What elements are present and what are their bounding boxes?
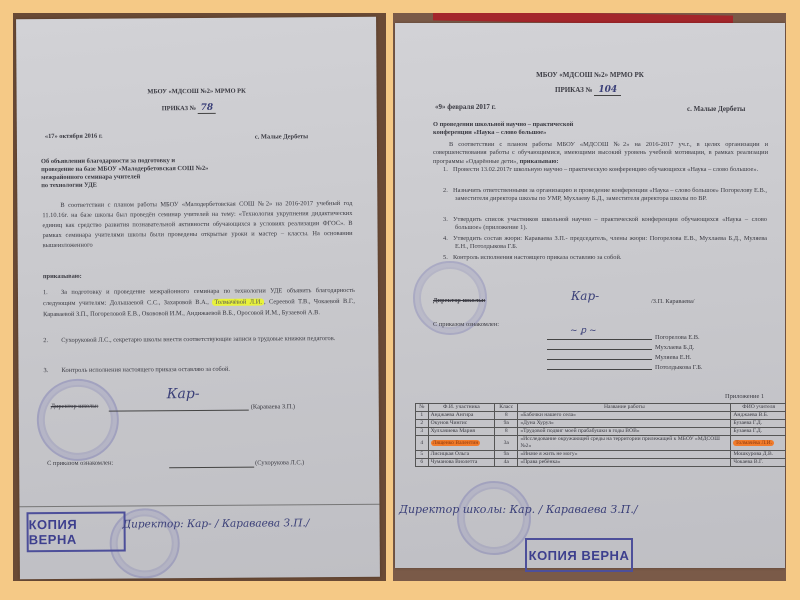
column-header: Название работы [518, 404, 731, 412]
column-header: № [416, 404, 429, 412]
left-acquainted-label: С приказом ознакомлен: [47, 460, 113, 469]
right-director-name: /З.П. Караваева/ [651, 298, 695, 306]
order-number: 78 [198, 103, 217, 114]
right-item-4: 4.Утвердить состав жюри: Караваева З.П.-… [455, 235, 767, 252]
right-certification-handwritten: Директор школы: Кар. / Караваева З.П./ [399, 503, 638, 516]
signature-line [547, 359, 652, 360]
table-cell: Анджаева В.Б. [731, 412, 786, 420]
column-header: ФИО учителя [731, 404, 786, 412]
table-cell: Чокаева В.Г. [731, 459, 786, 467]
right-document-sheet: МБОУ «МДСОШ №2» МРМО РК ПРИКАЗ № 104 «9»… [395, 23, 785, 568]
table-row: 1Анджаева Ангира8«Бабочки нашего села»Ан… [416, 412, 787, 420]
order-title-label: ПРИКАЗ № [555, 86, 593, 94]
table-cell: Толмачёва Л.И. [731, 436, 786, 451]
left-acquainted-name: (Сухорукова Л.С.) [255, 459, 304, 468]
table-cell: 2 [416, 420, 429, 428]
table-cell: Окунов Чингис [428, 420, 495, 428]
signature-line [547, 339, 652, 340]
right-order-title: ПРИКАЗ № 104 [555, 86, 621, 94]
left-preamble: В соответствии с планом работы МБОУ «Мал… [42, 199, 352, 251]
left-order-title: ПРИКАЗ № 78 [162, 104, 217, 114]
column-header: Класс [495, 404, 518, 412]
left-director-signature: Кар- [167, 386, 200, 402]
table-cell: Анджаева Ангира [428, 412, 495, 420]
left-director-name: (Караваева З.П.) [251, 403, 295, 412]
right-org-header: МБОУ «МДСОШ №2» МРМО РК [395, 71, 785, 79]
table-cell: 3 [416, 428, 429, 436]
table-cell: Чуманова Виолетта [428, 459, 495, 467]
table-cell: 3а [495, 436, 518, 451]
right-preamble: В соответствии с планом работы МБОУ «МДС… [433, 141, 768, 166]
acquainted-name: Мухлаева Б.Д. [655, 344, 694, 352]
table-cell: 6 [416, 459, 429, 467]
paper-fold [19, 504, 379, 508]
right-order-place: с. Малые Дербеты [687, 105, 745, 113]
acquainted-name: Потолдыкова Г.Б. [655, 364, 702, 372]
column-header: Ф.И. участника [428, 404, 495, 412]
table-cell: Лященко Валентин [428, 436, 495, 451]
order-number: 104 [594, 85, 621, 96]
table-cell: Мошкурова Д.В. [731, 451, 786, 459]
participants-table: № Ф.И. участника Класс Название работы Ф… [415, 403, 786, 467]
table-cell: Бузаева Г.Д. [731, 428, 786, 436]
right-order-date: «9» февраля 2017 г. [435, 103, 496, 111]
highlighted-cell-text: Толмачёва Л.И. [733, 440, 774, 446]
highlighted-teacher: Толмачёвой Л.И. [212, 299, 264, 306]
table-cell: 4а [495, 459, 518, 467]
right-director-signature: Кар- [571, 289, 599, 303]
table-header-row: № Ф.И. участника Класс Название работы Ф… [416, 404, 787, 412]
left-director-label: Директор школы: [51, 403, 99, 412]
left-item-1: 1.За подготовку и проведение межрайонног… [43, 285, 355, 320]
order-title-label: ПРИКАЗ № [162, 105, 196, 112]
right-item-2: 2.Назначить ответственными за организаци… [455, 187, 767, 204]
left-item-2: 2.Сухоруковой Л.С., секретарю школы внес… [43, 333, 355, 346]
table-cell: «Права ребёнка» [518, 459, 731, 467]
left-order-place: с. Малые Дербеты [255, 133, 308, 142]
round-seal-stamp [457, 481, 531, 555]
left-document-photo: МБОУ «МДСОШ №2» МРМО РК ПРИКАЗ № 78 «17»… [13, 13, 386, 581]
highlighted-cell-text: Лященко Валентин [431, 440, 481, 446]
table-cell: «Бабочки нашего села» [518, 412, 731, 420]
table-cell: Хулхачиева Мария [428, 428, 495, 436]
signature-line [547, 349, 652, 350]
table-cell: 9а [495, 420, 518, 428]
round-seal-stamp [37, 379, 120, 462]
left-org-header: МБОУ «МДСОШ №2» МРМО РК [17, 87, 377, 98]
table-cell: «Исследование окружающей среды на террит… [518, 436, 731, 451]
signature-line [169, 467, 254, 469]
table-cell: 1 [416, 412, 429, 420]
right-subject-line: конференции «Наука – слово большое» [433, 129, 546, 137]
copy-certified-stamp: КОПИЯ ВЕРНА [26, 512, 125, 553]
left-document-sheet: МБОУ «МДСОШ №2» МРМО РК ПРИКАЗ № 78 «17»… [16, 17, 380, 579]
left-order-date: «17» октября 2016 г. [45, 133, 103, 142]
signature-line [547, 369, 652, 370]
table-row: 5Лисицкая Ольга9а«Иначе я жить не могу»М… [416, 451, 787, 459]
right-acquainted-label: С приказом ознакомлен: [433, 321, 499, 329]
table-row: 4Лященко Валентин3а«Исследование окружаю… [416, 436, 787, 451]
acquainted-name: Погорелова Е.В. [655, 334, 700, 342]
right-item-5: 5.Контроль исполнения настоящего приказа… [455, 254, 622, 262]
table-cell: 8 [495, 412, 518, 420]
signature-line [109, 410, 249, 412]
table-body: 1Анджаева Ангира8«Бабочки нашего села»Ан… [416, 412, 787, 467]
left-certification-handwritten: Директор: Кар- / Караваева З.П./ [123, 517, 310, 530]
table-cell: Бузаева Г.Д. [731, 420, 786, 428]
table-cell: 8 [495, 428, 518, 436]
table-cell: 9а [495, 451, 518, 459]
acquaintance-signatures: ~ ꝑ ~ [570, 327, 597, 335]
table-cell: 4 [416, 436, 429, 451]
table-row: 2Окунов Чингис9а«Дуна Хурул»Бузаева Г.Д. [416, 420, 787, 428]
appendix-label: Приложение 1 [725, 393, 764, 401]
table-row: 3Хулхачиева Мария8«Трудовой подвиг моей … [416, 428, 787, 436]
left-subject-line: по технологии УДЕ [41, 182, 97, 191]
table-cell: «Дуна Хурул» [518, 420, 731, 428]
left-item-3: 3.Контроль исполнения настоящего приказа… [43, 366, 230, 376]
right-item-1: 1.Провести 13.02.2017г школьную научно –… [455, 166, 767, 174]
table-cell: «Иначе я жить не могу» [518, 451, 731, 459]
table-cell: «Трудовой подвиг моей прабабушки в годы … [518, 428, 731, 436]
table-cell: Лисицкая Ольга [428, 451, 495, 459]
right-document-photo: МБОУ «МДСОШ №2» МРМО РК ПРИКАЗ № 104 «9»… [393, 13, 786, 581]
right-item-3: 3.Утвердить список участников школьной н… [455, 216, 767, 233]
right-director-label: Директор школы: [433, 297, 485, 305]
acquainted-name: Муляева Е.Н. [655, 354, 691, 362]
table-row: 6Чуманова Виолетта4а«Права ребёнка»Чокае… [416, 459, 787, 467]
left-order-word: приказываю: [43, 273, 82, 282]
copy-certified-stamp: КОПИЯ ВЕРНА [525, 538, 633, 572]
table-cell: 5 [416, 451, 429, 459]
